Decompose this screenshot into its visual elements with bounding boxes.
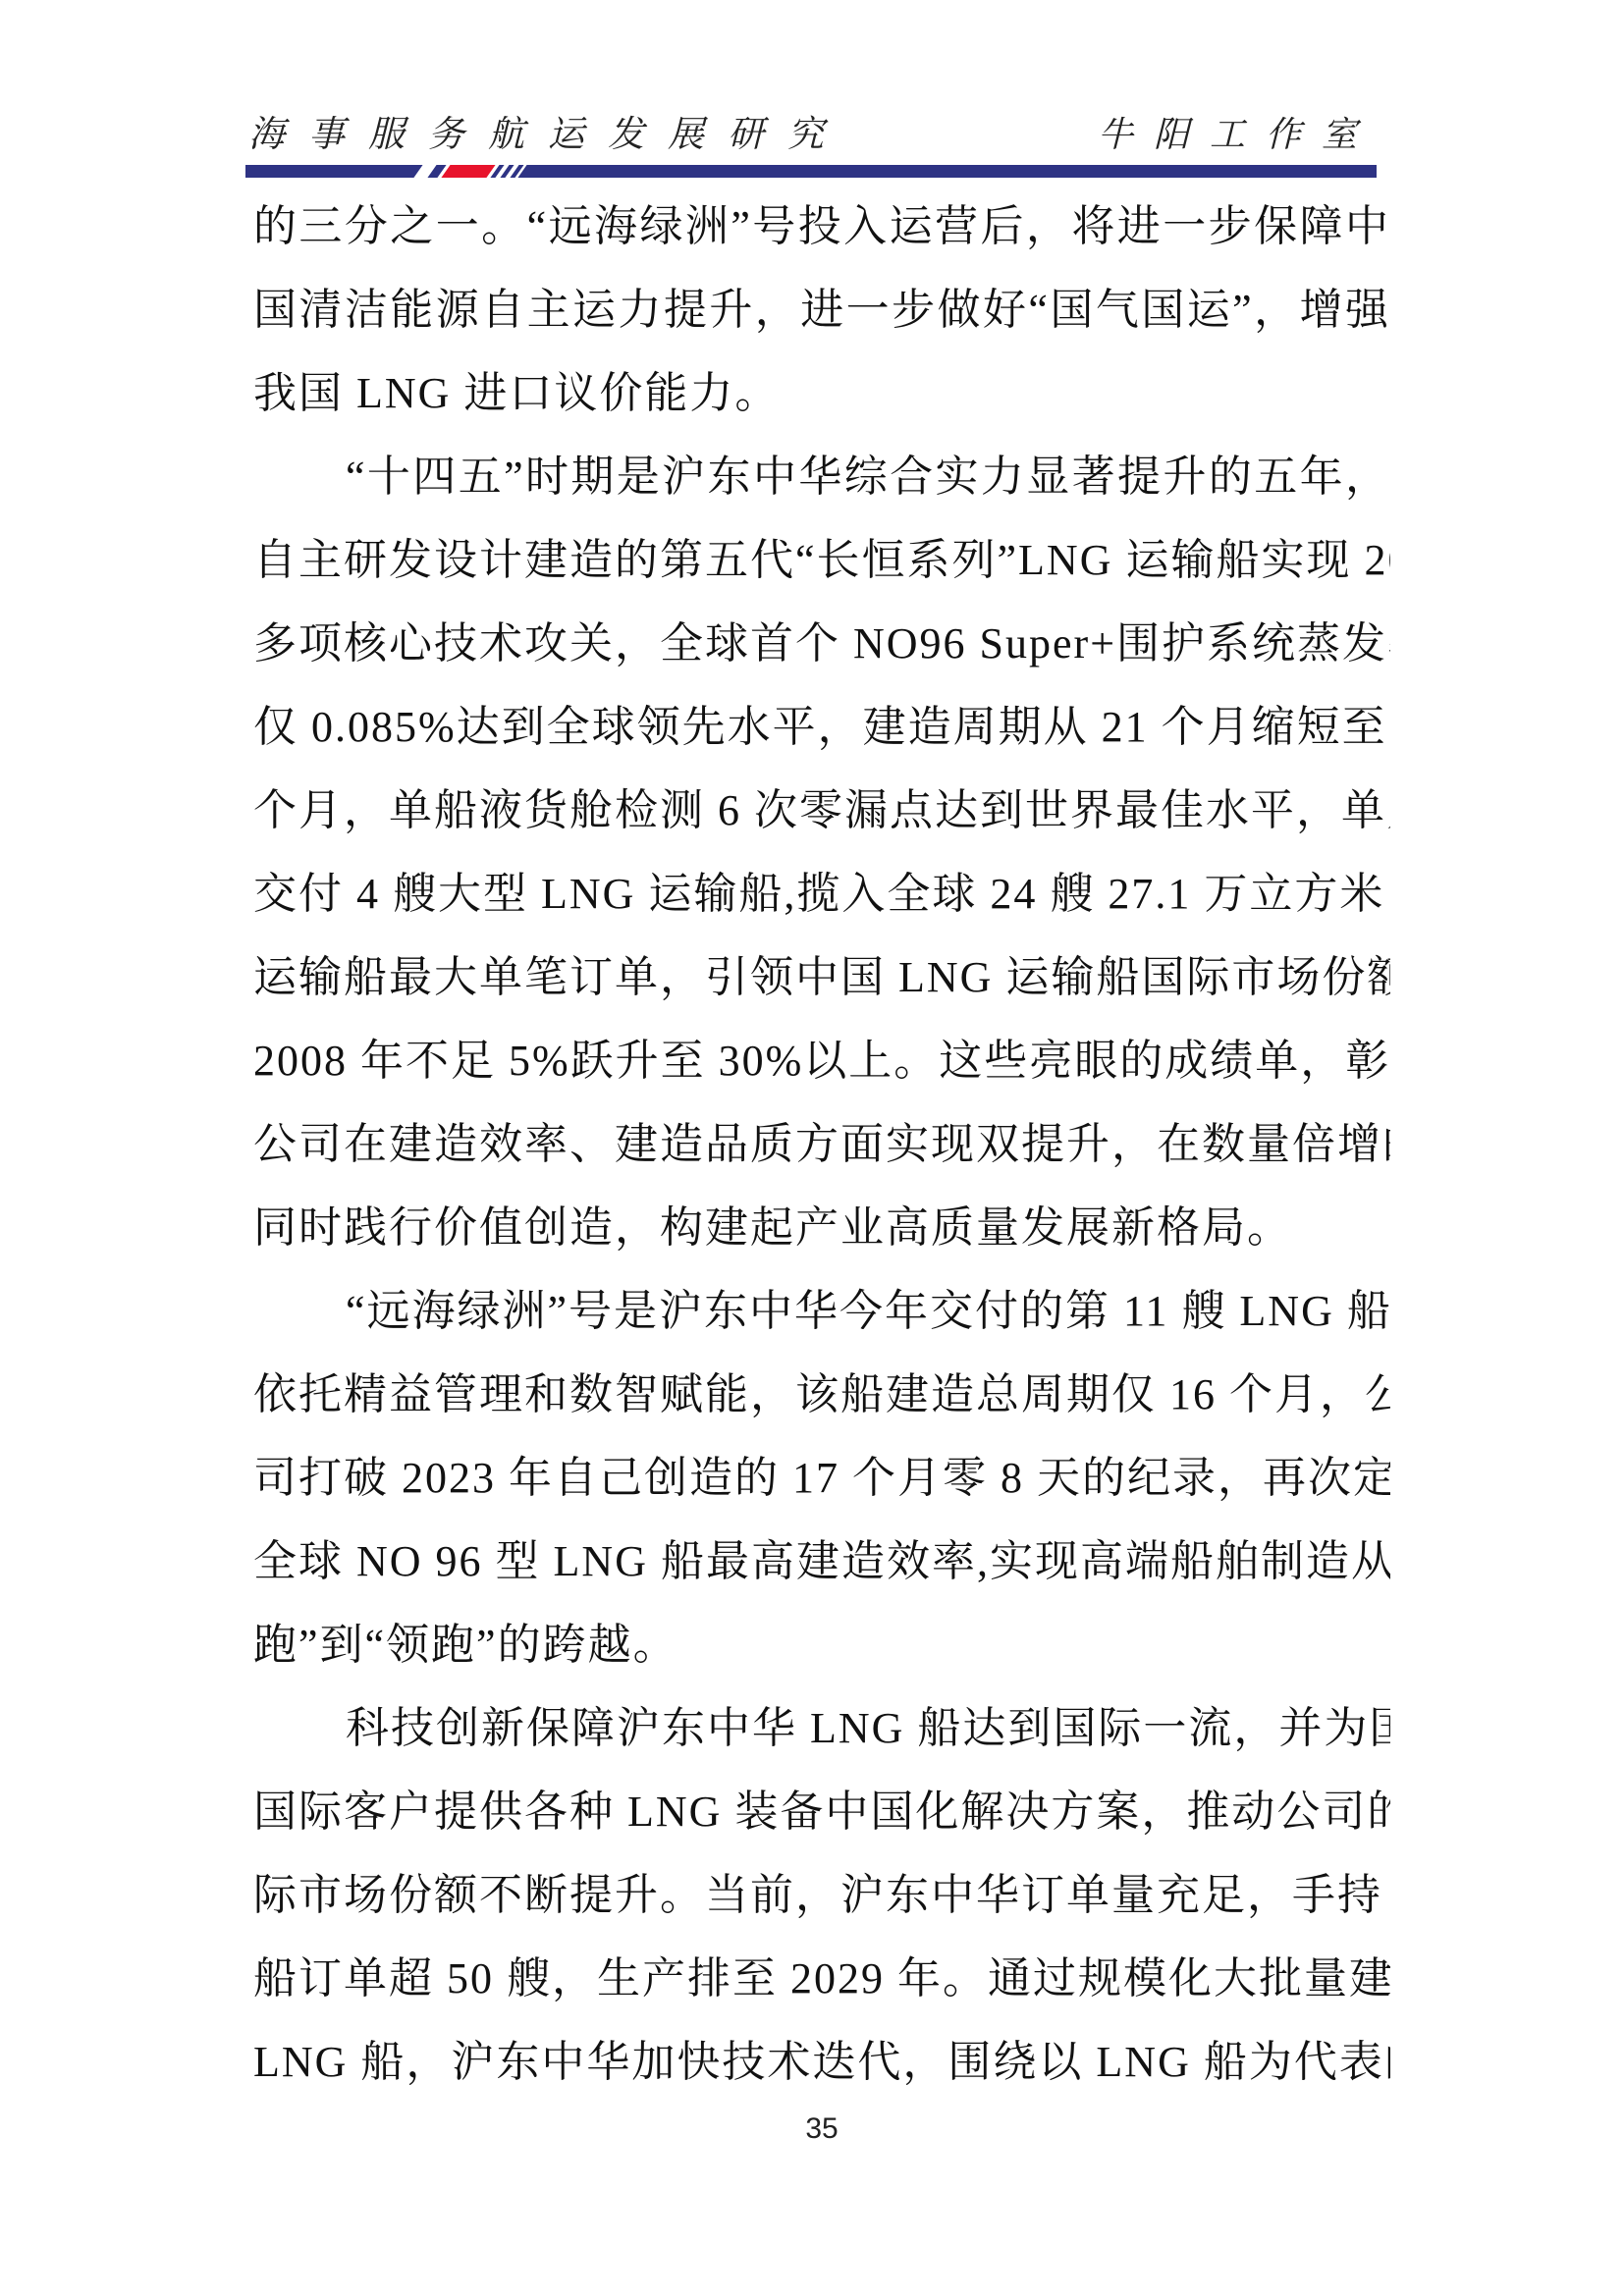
header-divider bbox=[245, 165, 1377, 178]
text-line: 际市场份额不断提升。当前，沪东中华订单量充足，手持 LNG bbox=[253, 1853, 1390, 1937]
document-page: 海事服务航运发展研究 牛阳工作室 的三分之一。“远海绿洲”号投入运营后，将进一步… bbox=[0, 0, 1624, 2296]
text-line: “十四五”时期是沪东中华综合实力显著提升的五年， bbox=[253, 435, 1390, 518]
page-footer: 35 bbox=[253, 2112, 1390, 2146]
text-line: “远海绿洲”号是沪东中华今年交付的第 11 艘 LNG 船， bbox=[253, 1269, 1390, 1353]
text-line: 司打破 2023 年自己创造的 17 个月零 8 天的纪录，再次定义 bbox=[253, 1436, 1390, 1520]
text-line: 科技创新保障沪东中华 LNG 船达到国际一流，并为国内 bbox=[253, 1686, 1390, 1770]
text-line: 船订单超 50 艘，生产排至 2029 年。通过规模化大批量建造 bbox=[253, 1937, 1390, 2020]
text-line: 个月，单船液货舱检测 6 次零漏点达到世界最佳水平，单月 bbox=[253, 769, 1390, 852]
text-line: 公司在建造效率、建造品质方面实现双提升，在数量倍增的 bbox=[253, 1102, 1390, 1186]
divider-accent-red-block bbox=[441, 165, 495, 178]
page-header: 海事服务航运发展研究 牛阳工作室 bbox=[248, 106, 1378, 157]
text-line: 依托精益管理和数智赋能，该船建造总周期仅 16 个月，公 bbox=[253, 1353, 1390, 1436]
paragraph-3: “远海绿洲”号是沪东中华今年交付的第 11 艘 LNG 船， 依托精益管理和数智… bbox=[253, 1269, 1390, 1686]
text-line: 同时践行价值创造，构建起产业高质量发展新格局。 bbox=[253, 1186, 1390, 1269]
paragraph-2: “十四五”时期是沪东中华综合实力显著提升的五年， 自主研发设计建造的第五代“长恒… bbox=[253, 435, 1390, 1269]
header-right-title: 牛阳工作室 bbox=[1098, 107, 1378, 157]
paragraph-4: 科技创新保障沪东中华 LNG 船达到国际一流，并为国内 国际客户提供各种 LNG… bbox=[253, 1686, 1390, 2104]
text-line: 跑”到“领跑”的跨越。 bbox=[253, 1603, 1390, 1686]
text-line: 自主研发设计建造的第五代“长恒系列”LNG 运输船实现 20 bbox=[253, 518, 1390, 602]
text-line: 国清洁能源自主运力提升，进一步做好“国气国运”，增强 bbox=[253, 268, 1390, 351]
text-line: 2008 年不足 5%跃升至 30%以上。这些亮眼的成绩单，彰显了 bbox=[253, 1019, 1390, 1102]
text-line: 仅 0.085%达到全球领先水平，建造周期从 21 个月缩短至 16 bbox=[253, 685, 1390, 769]
text-line: 的三分之一。“远海绿洲”号投入运营后，将进一步保障中 bbox=[253, 185, 1390, 268]
text-line: LNG 船，沪东中华加快技术迭代，围绕以 LNG 船为代表的绿 bbox=[253, 2020, 1390, 2104]
text-line: 国际客户提供各种 LNG 装备中国化解决方案，推动公司的国 bbox=[253, 1770, 1390, 1853]
text-line: 全球 NO 96 型 LNG 船最高建造效率,实现高端船舶制造从“跟 bbox=[253, 1520, 1390, 1603]
page-number: 35 bbox=[805, 2112, 838, 2145]
text-line: 我国 LNG 进口议价能力。 bbox=[253, 351, 1390, 435]
text-line: 多项核心技术攻关，全球首个 NO96 Super+围护系统蒸发率 bbox=[253, 602, 1390, 685]
paragraph-1: 的三分之一。“远海绿洲”号投入运营后，将进一步保障中 国清洁能源自主运力提升，进… bbox=[253, 185, 1390, 435]
text-line: 交付 4 艘大型 LNG 运输船,揽入全球 24 艘 27.1 万立方米 LNG bbox=[253, 852, 1390, 935]
text-line: 运输船最大单笔订单，引领中国 LNG 运输船国际市场份额从 bbox=[253, 935, 1390, 1019]
body-text: 的三分之一。“远海绿洲”号投入运营后，将进一步保障中 国清洁能源自主运力提升，进… bbox=[253, 185, 1390, 2104]
header-left-title: 海事服务航运发展研究 bbox=[248, 104, 847, 157]
